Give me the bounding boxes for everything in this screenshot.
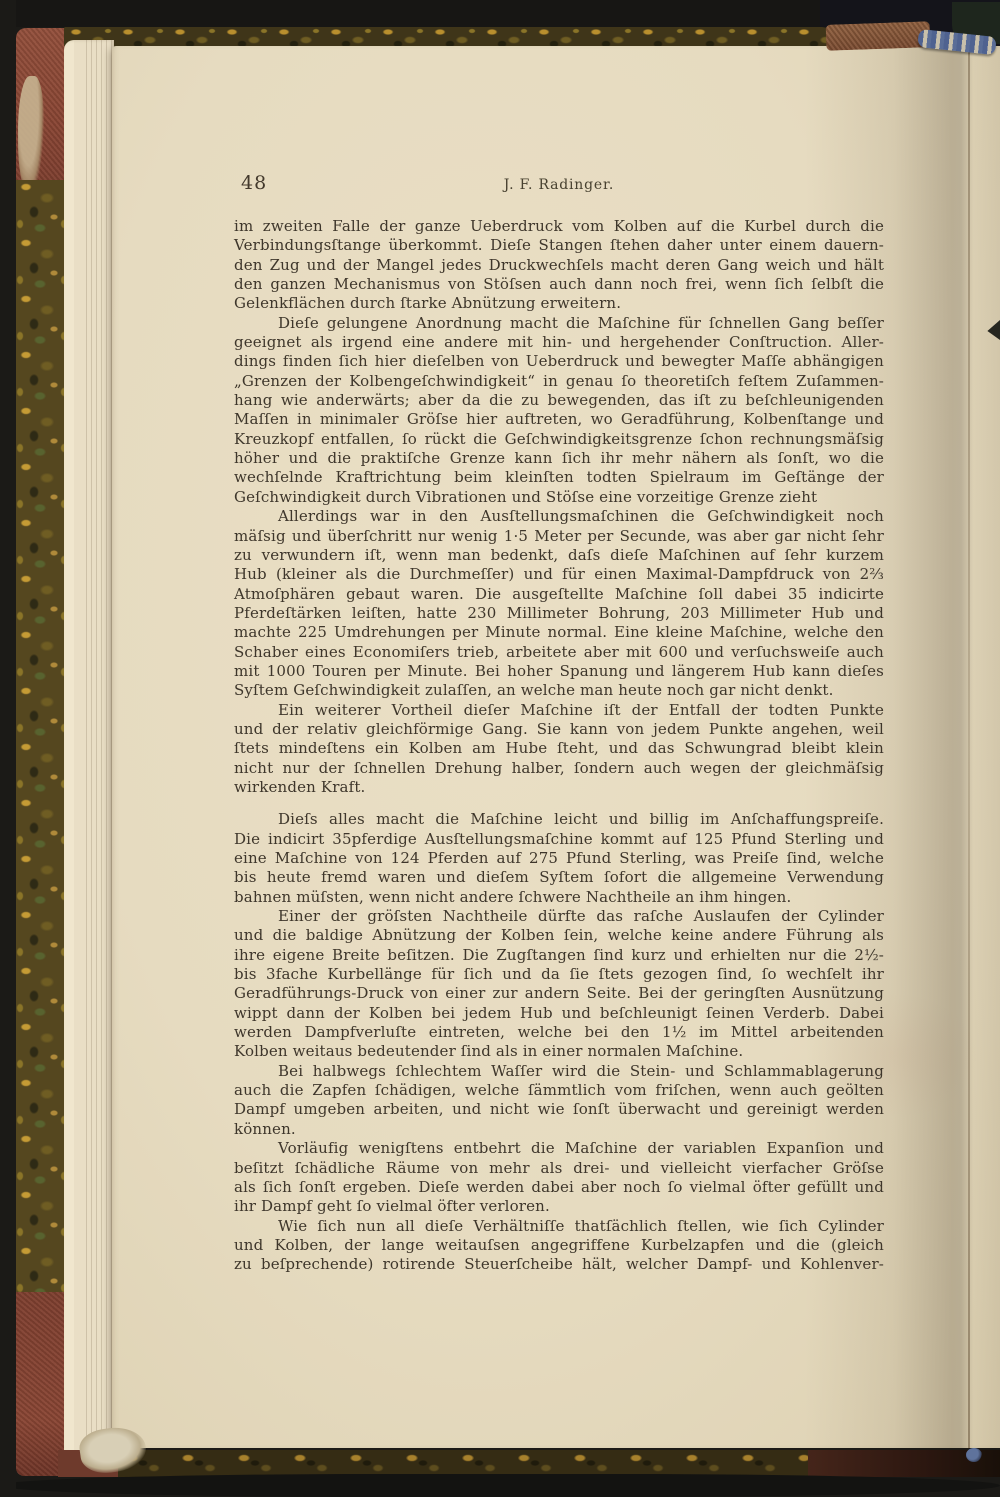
text-line: hang wie anderwärts; aber da die zu bewe…: [234, 391, 884, 410]
spine-top-leather: [826, 21, 931, 51]
paragraph: im zweiten Falle der ganze Ueberdruck vo…: [234, 217, 884, 314]
text-line: „Grenzen der Kolbengeſchwindigkeit“ in g…: [234, 372, 884, 391]
text-line: Syſtem Geſchwindigkeit zulaſſen, an welc…: [234, 681, 884, 700]
text-line: Atmoſphären gebaut waren. Die ausgeſtell…: [234, 585, 884, 604]
paragraph: Vorläufig wenigſtens entbehrt die Maſchi…: [234, 1139, 884, 1216]
text-line: Gelenkflächen durch ſtarke Abnützung erw…: [234, 294, 884, 313]
paragraph: Bei halbwegs ſchlechtem Waſſer wird die …: [234, 1062, 884, 1139]
book-cover-edge: [16, 28, 66, 1476]
text-line: bis 3fache Kurbellänge für ſich und da ſ…: [234, 965, 884, 984]
text-line: Pferdeſtärken leiſten, hatte 230 Millime…: [234, 604, 884, 623]
text-line: ſtets mindeſtens ein Kolben am Hube ſteh…: [234, 739, 884, 758]
text-line: Vorläufig wenigſtens entbehrt die Maſchi…: [234, 1139, 884, 1158]
text-line: mit 1000 Touren per Minute. Bei hoher Sp…: [234, 662, 884, 681]
text-line: wechſelnde Kraftrichtung beim kleinſten …: [234, 468, 884, 487]
text-line: Geradführungs-Druck von einer zur andern…: [234, 984, 884, 1003]
text-line: zu beſprechende) rotirende Steuerſcheibe…: [234, 1255, 884, 1274]
text-line: auch die Zapfen ſchädigen, welche ſämmtl…: [234, 1081, 884, 1100]
text-line: den ganzen Mechanismus von Stöſsen auch …: [234, 275, 884, 294]
text-line: zu verwundern iſt, wenn man bedenkt, daſ…: [234, 546, 884, 565]
paragraph: Allerdings war in den Ausſtellungsmaſchi…: [234, 507, 884, 700]
text-line: werden Dampfverluſte eintreten, welche b…: [234, 1023, 884, 1042]
text-line: mäſsig und überſchritt nur wenig 1·5 Met…: [234, 527, 884, 546]
cover-leather-top: [16, 28, 66, 180]
text-line: dings finden ſich hier dieſelben von Ueb…: [234, 352, 884, 371]
page-edge-striations: [84, 40, 114, 1458]
text-line: Die indicirt 35pferdige Ausſtellungsmaſc…: [234, 830, 884, 849]
text-line: Allerdings war in den Ausſtellungsmaſchi…: [234, 507, 884, 526]
text-line: nicht nur der ſchnellen Drehung halber, …: [234, 759, 884, 778]
text-line: Wie ſich nun all dieſe Verhältniſſe that…: [234, 1217, 884, 1236]
text-line: Dampf umgeben arbeiten, und nicht wie ſo…: [234, 1100, 884, 1119]
page-crease: [968, 52, 970, 1448]
text-line: Einer der gröſsten Nachtheile dürfte das…: [234, 907, 884, 926]
text-line: und die baldige Abnützung der Kolben ſei…: [234, 926, 884, 945]
text-line: Geſchwindigkeit durch Vibrationen und St…: [234, 488, 884, 507]
text-line: Dieſe gelungene Anordnung macht die Maſc…: [234, 314, 884, 333]
cover-marble-paper: [16, 180, 66, 1292]
headband-bottom-speck: [966, 1448, 982, 1462]
text-line: beſitzt ſchädliche Räume von mehr als dr…: [234, 1159, 884, 1178]
worn-corner-patch: [18, 76, 44, 196]
text-line: und der relativ gleichförmige Gang. Sie …: [234, 720, 884, 739]
text-line: und Kolben, der lange weitauſsen angegri…: [234, 1236, 884, 1255]
bottom-marble: [118, 1450, 808, 1477]
top-cover-strip: [64, 26, 840, 48]
text-line: bis heute fremd waren und dieſem Syſtem …: [234, 868, 884, 887]
page-text: im zweiten Falle der ganze Ueberdruck vo…: [234, 217, 884, 1275]
text-line: geeignet als irgend eine andere mit hin-…: [234, 333, 884, 352]
text-line: Kolben weitaus bedeutender ſind als in e…: [234, 1042, 884, 1061]
text-line: Maſſen in minimaler Gröſse hier auftrete…: [234, 410, 884, 429]
text-line: Bei halbwegs ſchlechtem Waſſer wird die …: [234, 1062, 884, 1081]
text-line: Verbindungsſtange überkommt. Dieſe Stang…: [234, 236, 884, 255]
running-header: J. F. Radinger.: [234, 177, 884, 193]
bottom-cover-strip: [58, 1450, 1000, 1477]
left-black-band: [0, 0, 16, 1497]
text-line: den Zug und der Mangel jedes Druckwechſe…: [234, 256, 884, 275]
paragraph: Einer der gröſsten Nachtheile dürfte das…: [234, 907, 884, 1062]
book-page: 48 J. F. Radinger. im zweiten Falle der …: [112, 46, 1000, 1448]
page-stack-edges: [64, 40, 114, 1458]
text-line: Schaber eines Economiſers trieb, arbeite…: [234, 643, 884, 662]
text-line: ihr Dampf geht ſo vielmal öfter verloren…: [234, 1197, 884, 1216]
paragraph: Dieſe gelungene Anordnung macht die Maſc…: [234, 314, 884, 507]
cover-leather-bottom: [16, 1292, 66, 1476]
text-line: Kreuzkopf entfallen, ſo rückt die Geſchw…: [234, 430, 884, 449]
text-line: Dieſs alles macht die Maſchine leicht un…: [234, 810, 884, 829]
text-line: machte 225 Umdrehungen per Minute normal…: [234, 623, 884, 642]
text-line: eine Maſchine von 124 Pferden auf 275 Pf…: [234, 849, 884, 868]
text-line: können.: [234, 1120, 884, 1139]
text-line: ihre eigene Breite beſitzen. Die Zugſtan…: [234, 946, 884, 965]
text-line: Hub (kleiner als die Durchmeſſer) und fü…: [234, 565, 884, 584]
text-line: im zweiten Falle der ganze Ueberdruck vo…: [234, 217, 884, 236]
text-line: Ein weiterer Vortheil dieſer Maſchine iſ…: [234, 701, 884, 720]
paragraph: Dieſs alles macht die Maſchine leicht un…: [234, 810, 884, 907]
bottom-black-band: [0, 1474, 1000, 1497]
text-line: als ſich ſonſt ergeben. Dieſe werden dab…: [234, 1178, 884, 1197]
paragraph: Ein weiterer Vortheil dieſer Maſchine iſ…: [234, 701, 884, 798]
paragraph: Wie ſich nun all dieſe Verhältniſſe that…: [234, 1217, 884, 1275]
text-line: wippt dann der Kolben bei jedem Hub und …: [234, 1004, 884, 1023]
text-line: wirkenden Kraft.: [234, 778, 884, 797]
text-line: bahnen müſsten, wenn nicht andere ſchwer…: [234, 888, 884, 907]
text-line: höher und die praktiſche Grenze kann ſic…: [234, 449, 884, 468]
